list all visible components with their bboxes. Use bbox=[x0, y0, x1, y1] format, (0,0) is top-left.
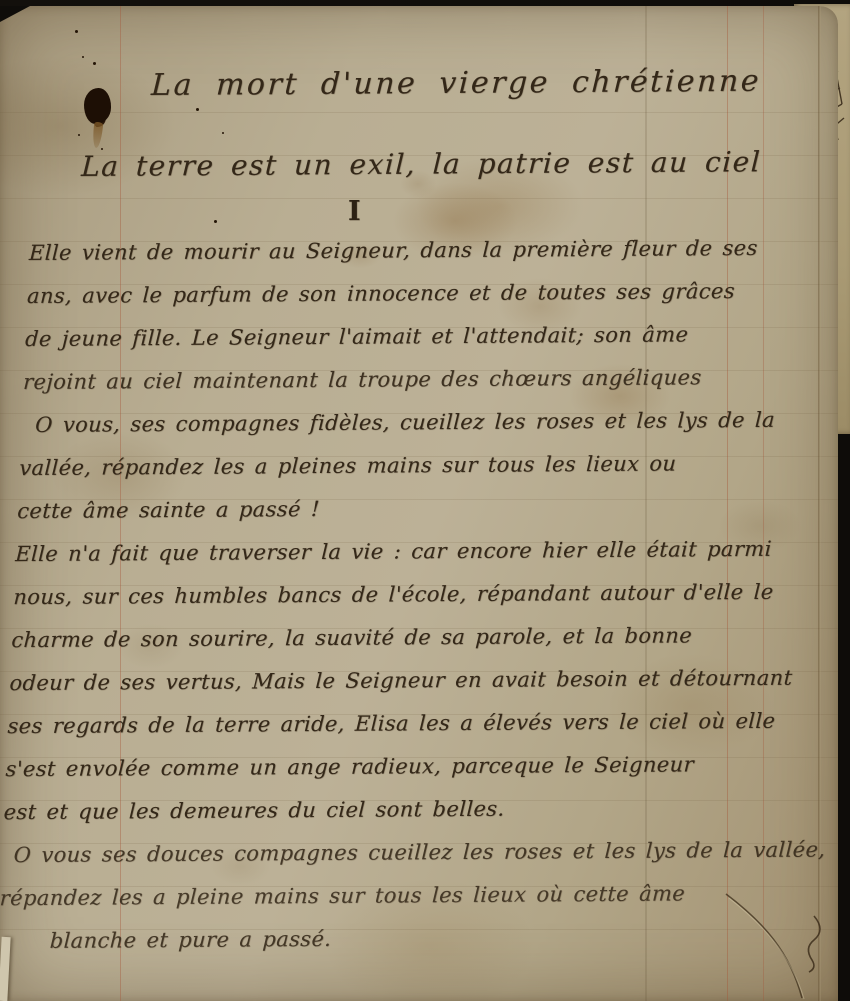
section-numeral: I bbox=[348, 196, 361, 227]
ink-speck bbox=[82, 56, 84, 58]
ink-speck bbox=[222, 132, 224, 134]
epigraph: La terre est un exil, la patrie est au c… bbox=[81, 145, 762, 183]
ink-speck bbox=[214, 220, 217, 223]
manuscript-line: de jeune fille. Le Seigneur l'aimait et … bbox=[24, 312, 850, 361]
manuscript-line: ses regards de la terre aride, Elisa les… bbox=[7, 699, 833, 748]
manuscript-page: La mort d'une vierge chrétienne La terre… bbox=[0, 6, 838, 1001]
page-edge-sliver bbox=[0, 937, 11, 1001]
torn-corner bbox=[0, 6, 30, 22]
manuscript-line: O vous, ses compagnes fidèles, cueillez … bbox=[20, 398, 846, 447]
manuscript-line: blanche et pure a passé. bbox=[0, 914, 822, 963]
ink-blot bbox=[84, 88, 111, 124]
manuscript-photo: La mort d'une vierge chrétienne La terre… bbox=[0, 0, 850, 1001]
manuscript-line: rejoint au ciel maintenant la troupe des… bbox=[22, 355, 848, 404]
ink-speck bbox=[75, 30, 78, 33]
ink-speck bbox=[196, 108, 199, 111]
manuscript-line: vallée, répandez les a pleines mains sur… bbox=[18, 441, 844, 490]
manuscript-line: O vous ses douces compagnes cueillez les… bbox=[1, 828, 827, 877]
document-title: La mort d'une vierge chrétienne bbox=[150, 64, 761, 103]
manuscript-line: répandez les a pleine mains sur tous les… bbox=[0, 871, 824, 920]
manuscript-line: nous, sur ces humbles bancs de l'école, … bbox=[12, 570, 838, 619]
manuscript-line: charme de son sourire, la suavité de sa … bbox=[10, 613, 836, 662]
page-curl-mark bbox=[708, 886, 838, 1001]
manuscript-body: Elle vient de mourir au Seigneur, dans l… bbox=[0, 226, 850, 963]
manuscript-line: odeur de ses vertus, Mais le Seigneur en… bbox=[9, 656, 835, 705]
manuscript-line: s'est envolée comme un ange radieux, par… bbox=[5, 742, 831, 791]
manuscript-line: ans, avec le parfum de son innocence et … bbox=[26, 269, 850, 318]
manuscript-line: Elle vient de mourir au Seigneur, dans l… bbox=[28, 226, 850, 275]
manuscript-line: Elle n'a fait que traverser la vie : car… bbox=[14, 527, 840, 576]
manuscript-line: cette âme sainte a passé ! bbox=[16, 484, 842, 533]
manuscript-line: est et que les demeures du ciel sont bel… bbox=[3, 785, 829, 834]
ink-speck bbox=[93, 62, 96, 65]
ink-speck bbox=[78, 134, 80, 136]
